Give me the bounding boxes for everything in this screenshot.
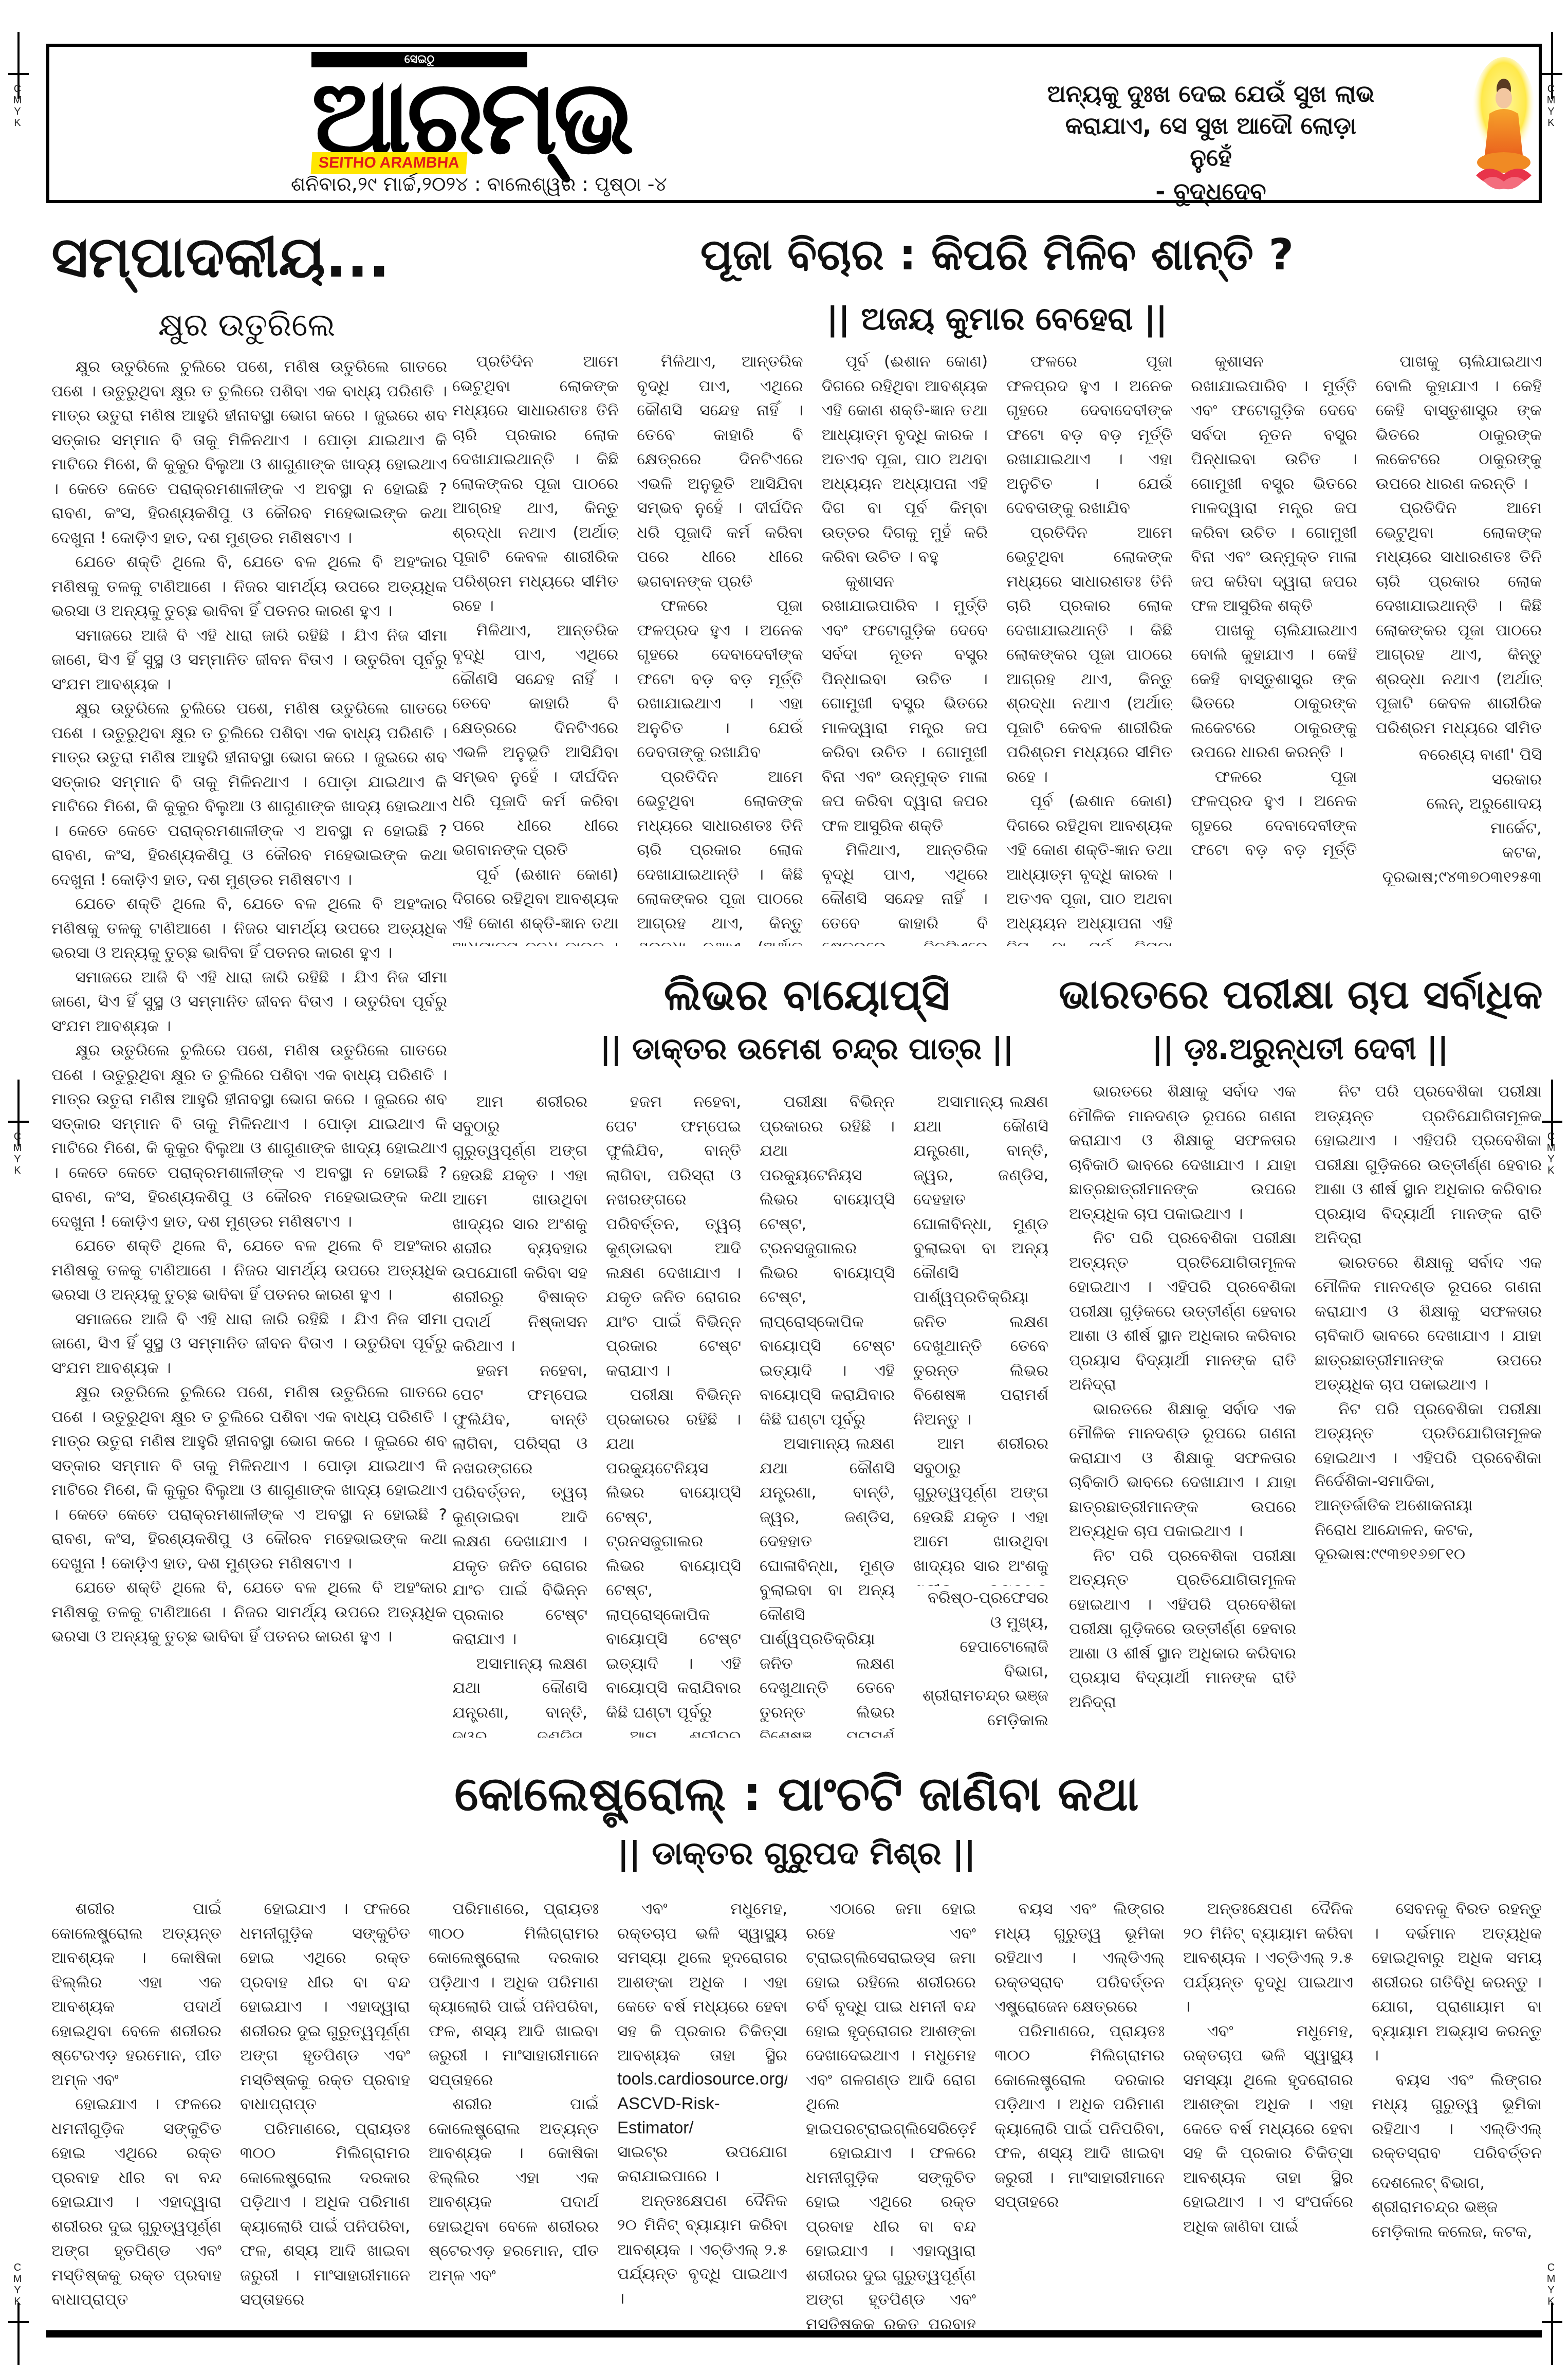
article-paragraph: ଫଳରେ ପୂଜା ଫଳପ୍ରଦ ହୁଏ । ଅନେକ ଗୃହରେ ଦେବାଦେ…	[1006, 350, 1172, 521]
article-paragraph: ହୋଇଯାଏ । ଫଳରେ ଧମନୀଗୁଡ଼ିକ ସଙ୍କୁଚିତ ହୋଇ ଏଥ…	[240, 1897, 410, 2117]
cmyk-label: CMYK	[1546, 83, 1556, 129]
article-paragraph: ଭାରତରେ ଶିକ୍ଷାକୁ ସର୍ବାଦ ଏକ ମୌଳିକ ମାନଦଣ୍ଡ …	[1315, 1251, 1542, 1397]
editorial-column: କ୍ଷୁର ଉତୁରିଲେ ଚୁଲିରେ ପଶେ, ମଣିଷ ଉତୁରିଲେ ଗ…	[51, 355, 447, 1743]
article-paragraph: ଅସାମାନ୍ୟ ଲକ୍ଷଣ ଯଥା କୌଣସି ଯନ୍ତ୍ରଣା, ବାନ୍ତ…	[913, 1090, 1048, 1432]
signature-title: ନିର୍ଦେଶିକା-ସମାଦିକା,	[1315, 1469, 1542, 1494]
article-paragraph: ବୟସ ଏବଂ ଲିଙ୍ଗର ମଧ୍ୟ ଗୁରୁତ୍ୱ ଭୂମିକା ରହିଥା…	[1372, 2068, 1542, 2171]
signature-city: ନିରୋଧ ଆନ୍ଦୋଳନ, କଟକ,	[1315, 1518, 1542, 1543]
editorial-paragraph: ସମାଜରେ ଆଜି ବି ଏହି ଧାରା ଜାରି ରହିଛି । ଯିଏ …	[51, 1307, 447, 1381]
article-paragraph: ପ୍ରତିଦିନ ଆମେ ଭେଟୁଥିବା ଲୋକଙ୍କ ମଧ୍ୟରେ ସାଧା…	[1376, 496, 1542, 743]
article-paragraph: ପାଖକୁ ଚାଲିଯାଇଥାଏ ବୋଲି କୁହାଯାଏ । କେହି କେହ…	[1376, 350, 1542, 496]
quote-line-1: ଅନ୍ୟକୁ ଦୁଃଖ ଦେଇ ଯେଉଁ ସୁଖ ଲାଭ	[1041, 78, 1380, 109]
editorial-paragraph: ଯେତେ ଶକ୍ତି ଥିଲେ ବି, ଯେତେ ବଳ ଥିଲେ ବି ଅହଂକ…	[51, 1234, 447, 1307]
article-paragraph: କୁଶାସନ ରଖାଯାଇପାରିବ । ମୁର୍ତ୍ତି ଏବଂ ଫଟୋଗୁଡ…	[822, 570, 988, 838]
exam-article-byline: || ଡ଼ଃ.ଅରୁନ୍ଧତୀ ଦେବୀ ||	[1059, 1028, 1542, 1069]
editorial-paragraph: ଯେତେ ଶକ୍ତି ଥିଲେ ବି, ଯେତେ ବଳ ଥିଲେ ବି ଅହଂକ…	[51, 550, 447, 624]
article-paragraph: ସେବନକୁ ବିରତ ରହନ୍ତୁ । ଦର୍ଭମାନ ଅତ୍ୟଧିକ ହୋଇ…	[1372, 1897, 1542, 2068]
puja-column-5: କୁଶାସନ ରଖାଯାଇପାରିବ । ମୁର୍ତ୍ତି ଏବଂ ଫଟୋଗୁଡ…	[1191, 350, 1357, 946]
dateline: ଶନିବାର,୨୯ ମାର୍ଚ୍ଚ,୨୦୨୪ : ବାଲେଶ୍ୱର : ପୃଷ୍…	[291, 173, 805, 195]
article-paragraph: ଅନ୍ତଃକ୍ଷେପଣ ଦୈନିକ ୨୦ ମିନିଟ୍ ବ୍ୟାୟାମ କରିବ…	[617, 2189, 787, 2311]
cholesterol-column-7: ଅନ୍ତଃକ୍ଷେପଣ ଦୈନିକ ୨୦ ମିନିଟ୍ ବ୍ୟାୟାମ କରିବ…	[1183, 1897, 1353, 2329]
article-paragraph: ବୟସ ଏବଂ ଲିଙ୍ଗର ମଧ୍ୟ ଗୁରୁତ୍ୱ ଭୂମିକା ରହିଥା…	[994, 1897, 1165, 2019]
cmyk-label: CMYK	[1546, 2262, 1556, 2307]
article-paragraph: ଆମ ଶରୀରର ସବୁଠାରୁ ଗୁରୁତ୍ୱପୂର୍ଣ୍ଣ ଅଙ୍ଗ ହେଉ…	[913, 1432, 1048, 1586]
editorial-paragraph: ସମାଜରେ ଆଜି ବି ଏହି ଧାରା ଜାରି ରହିଛି । ଯିଏ …	[51, 965, 447, 1039]
article-paragraph: ପ୍ରତିଦିନ ଆମେ ଭେଟୁଥିବା ଲୋକଙ୍କ ମଧ୍ୟରେ ସାଧା…	[1006, 521, 1172, 790]
article-paragraph: ପରୀକ୍ଷା ବିଭିନ୍ନ ପ୍ରକାରର ରହିଛି । ଯଥା ପରକ୍…	[760, 1090, 895, 1432]
signature-department: ଦେଶଲେଟ୍ ବିଭାଗ, ଶ୍ରୀରାମଚନ୍ଦ୍ର ଭଞ୍ଜ	[1372, 2171, 1542, 2220]
registration-mark-bottom-right: CMYK	[1542, 2257, 1562, 2360]
liver-column-1: ଆମ ଶରୀରର ସବୁଠାରୁ ଗୁରୁତ୍ୱପୂର୍ଣ୍ଣ ଅଙ୍ଗ ହେଉ…	[452, 1090, 587, 1738]
article-paragraph: ମିଳିଥାଏ, ଆନ୍ତରିକ ବୃଦ୍ଧି ପାଏ, ଏଥିରେ କୌଣସି…	[822, 838, 988, 946]
signature-city: କଲେଜ, କଟକ,	[913, 1732, 1048, 1738]
editorial-paragraph: କ୍ଷୁର ଉତୁରିଲେ ଚୁଲିରେ ପଶେ, ମଣିଷ ଉତୁରିଲେ ଗ…	[51, 1038, 447, 1234]
puja-article-byline: || ଅଜୟ କୁମାର ବେହେରା ||	[452, 298, 1542, 339]
article-paragraph: ଶରୀର ପାଇଁ କୋଲେଷ୍ଟ୍ରୋଲ ଅତ୍ୟନ୍ତ ଆବଶ୍ୟକ । କ…	[51, 1897, 222, 2092]
signature-department: ହେପାଟୋଲୋଜି ବିଭାଗ,	[913, 1635, 1048, 1684]
quote-attribution: - ବୁଦ୍ଧଦେବ	[1041, 175, 1380, 207]
article-paragraph: ଆମ ଶରୀରର ସବୁଠାରୁ ଗୁରୁତ୍ୱପୂର୍ଣ୍ଣ ଅଙ୍ଗ ହେଉ…	[606, 1725, 741, 1738]
liver-signature: ବରିଷ୍ଠ-ପ୍ରଫେସର ଓ ମୁଖ୍ୟ, ହେପାଟୋଲୋଜି ବିଭାଗ…	[913, 1586, 1048, 1738]
article-paragraph: କୁଶାସନ ରଖାଯାଇପାରିବ । ମୁର୍ତ୍ତି ଏବଂ ଫଟୋଗୁଡ…	[1191, 350, 1357, 618]
liver-article-body: ଆମ ଶରୀରର ସବୁଠାରୁ ଗୁରୁତ୍ୱପୂର୍ଣ୍ଣ ଅଙ୍ଗ ହେଉ…	[452, 1090, 1048, 1738]
article-paragraph: ପରିମାଣରେ, ପ୍ରାୟତଃ ୩୦୦ ମିଲିଗ୍ରାମର କୋଲେଷ୍ଟ…	[429, 1897, 599, 2092]
registration-mark-top-right: CMYK	[1542, 32, 1562, 135]
editorial-paragraph: ଯେତେ ଶକ୍ତି ଥିଲେ ବି, ଯେତେ ବଳ ଥିଲେ ବି ଅହଂକ…	[51, 892, 447, 965]
liver-column-2: ହଜମ ନହେବା, ପେଟ ଫମ୍ପେଇ ଫୁଲିଯିବ, ବାନ୍ତି ଲା…	[606, 1090, 741, 1738]
cholesterol-column-3: ପରିମାଣରେ, ପ୍ରାୟତଃ ୩୦୦ ମିଲିଗ୍ରାମର କୋଲେଷ୍ଟ…	[429, 1897, 599, 2329]
editorial-title: କ୍ଷୁର ଉତୁରିଲେ	[51, 303, 442, 346]
liver-column-3: ପରୀକ୍ଷା ବିଭିନ୍ନ ପ୍ରକାରର ରହିଛି । ଯଥା ପରକ୍…	[760, 1090, 895, 1738]
article-paragraph: ଏବଂ ମଧୁମେହ, ରକ୍ତଚାପ ଭଳି ସ୍ୱାସ୍ଥ୍ୟ ସମସ୍ୟା…	[617, 1897, 787, 2067]
risk-estimator-url-line-1[interactable]: tools.cardiosource.org/	[617, 2067, 787, 2091]
puja-column-3: ପୂର୍ବ (ଈଶାନ କୋଣ) ଦିଗରେ ରହିଥିବା ଆବଶ୍ୟକ ଏହ…	[822, 350, 988, 946]
cholesterol-signature: ଦେଶଲେଟ୍ ବିଭାଗ, ଶ୍ରୀରାମଚନ୍ଦ୍ର ଭଞ୍ଜ ମେଡ଼ିକ…	[1372, 2171, 1542, 2244]
puja-column-1: ପ୍ରତିଦିନ ଆମେ ଭେଟୁଥିବା ଲୋକଙ୍କ ମଧ୍ୟରେ ସାଧା…	[452, 350, 618, 946]
cholesterol-article-body: ଶରୀର ପାଇଁ କୋଲେଷ୍ଟ୍ରୋଲ ଅତ୍ୟନ୍ତ ଆବଶ୍ୟକ । କ…	[51, 1897, 1542, 2329]
cholesterol-column-1: ଶରୀର ପାଇଁ କୋଲେଷ୍ଟ୍ରୋଲ ଅତ୍ୟନ୍ତ ଆବଶ୍ୟକ । କ…	[51, 1897, 222, 2329]
exam-column-2: ନିଟ ପରି ପ୍ରବେଶିକା ପରୀକ୍ଷା ଅତ୍ୟନ୍ତ ପ୍ରତିଯ…	[1315, 1080, 1542, 1738]
registration-mark-mid-left: CMYK	[8, 1080, 29, 1182]
article-paragraph: ଅସାମାନ୍ୟ ଲକ୍ଷଣ ଯଥା କୌଣସି ଯନ୍ତ୍ରଣା, ବାନ୍ତ…	[452, 1652, 587, 1738]
article-paragraph: ନିଟ ପରି ପ୍ରବେଶିକା ପରୀକ୍ଷା ଅତ୍ୟନ୍ତ ପ୍ରତିଯ…	[1069, 1544, 1296, 1715]
newspaper-english-name: SEITHO ARAMBHA	[311, 152, 468, 174]
article-paragraph: ହଜମ ନହେବା, ପେଟ ଫମ୍ପେଇ ଫୁଲିଯିବ, ବାନ୍ତି ଲା…	[452, 1359, 587, 1652]
article-paragraph: ହଜମ ନହେବା, ପେଟ ଫମ୍ପେଇ ଫୁଲିଯିବ, ବାନ୍ତି ଲା…	[606, 1090, 741, 1383]
signature-phone: ଦୂରଭାଷ:୯୯୩୭୧୬୭୮୧୦	[1315, 1542, 1542, 1567]
cmyk-label: CMYK	[12, 1131, 23, 1176]
cholesterol-article-byline: || ଡାକ୍ତର ଗୁରୁପଦ ମିଶ୍ର ||	[51, 1833, 1542, 1874]
page-bottom-rule	[46, 2330, 1542, 2338]
exam-article-body: ଭାରତରେ ଶିକ୍ଷାକୁ ସର୍ବାଦ ଏକ ମୌଳିକ ମାନଦଣ୍ଡ …	[1069, 1080, 1542, 1738]
cholesterol-column-5: ଏଠାରେ ଜମା ହୋଇ ରହେ ଏବଂ ଟ୍ରାଇଗ୍ଲିସେରାଇଡ୍ସ …	[806, 1897, 976, 2329]
registration-mark-top-left: CMYK	[8, 32, 29, 135]
puja-article-title: ପୂଜା ବିଚାର : କିପରି ମିଳିବ ଶାନ୍ତି ?	[452, 226, 1542, 283]
buddha-quote: ଅନ୍ୟକୁ ଦୁଃଖ ଦେଇ ଯେଉଁ ସୁଖ ଲାଭ କରାଯାଏ, ସେ …	[1041, 78, 1380, 207]
cholesterol-column-8: ସେବନକୁ ବିରତ ରହନ୍ତୁ । ଦର୍ଭମାନ ଅତ୍ୟଧିକ ହୋଇ…	[1372, 1897, 1542, 2329]
exam-signature: ନିର୍ଦେଶିକା-ସମାଦିକା, ଆନ୍ତର୍ଜାତିକ ଅଶୋକନାୟା…	[1315, 1469, 1542, 1567]
signature-institution: ଶ୍ରୀରାମଚନ୍ଦ୍ର ଭଞ୍ଜ ମେଡ଼ିକାଲ	[913, 1684, 1048, 1732]
signature-address: ବରେଣ୍ୟ ବାଣୀ' ପିସି ସରକାର	[1376, 743, 1542, 792]
buddha-illustration-icon	[1468, 57, 1540, 196]
article-paragraph: ନିଟ ପରି ପ୍ରବେଶିକା ପରୀକ୍ଷା ଅତ୍ୟନ୍ତ ପ୍ରତିଯ…	[1315, 1397, 1542, 1469]
article-paragraph: ପୂର୍ବ (ଈଶାନ କୋଣ) ଦିଗରେ ରହିଥିବା ଆବଶ୍ୟକ ଏହ…	[822, 350, 988, 570]
cmyk-label: CMYK	[12, 83, 23, 129]
risk-estimator-url-line-2[interactable]: ASCVD-Risk-Estimator/	[617, 2091, 787, 2140]
cmyk-label: CMYK	[12, 2262, 23, 2307]
signature-city: ମେଡ଼ିକାଲ କଲେଜ, କଟକ,	[1372, 2220, 1542, 2244]
editorial-paragraph: ଯେତେ ଶକ୍ତି ଥିଲେ ବି, ଯେତେ ବଳ ଥିଲେ ବି ଅହଂକ…	[51, 1576, 447, 1649]
cholesterol-column-4: ଏବଂ ମଧୁମେହ, ରକ୍ତଚାପ ଭଳି ସ୍ୱାସ୍ଥ୍ୟ ସମସ୍ୟା…	[617, 1897, 787, 2329]
article-paragraph: ପରୀକ୍ଷା ବିଭିନ୍ନ ପ୍ରକାରର ରହିଛି । ଯଥା ପରକ୍…	[606, 1383, 741, 1725]
editorial-paragraph: କ୍ଷୁର ଉତୁରିଲେ ଚୁଲିରେ ପଶେ, ମଣିଷ ଉତୁରିଲେ ଗ…	[51, 697, 447, 892]
liver-column-4: ଅସାମାନ୍ୟ ଲକ୍ଷଣ ଯଥା କୌଣସି ଯନ୍ତ୍ରଣା, ବାନ୍ତ…	[913, 1090, 1048, 1738]
cholesterol-column-6: ବୟସ ଏବଂ ଲିଙ୍ଗର ମଧ୍ୟ ଗୁରୁତ୍ୱ ଭୂମିକା ରହିଥା…	[994, 1897, 1165, 2329]
article-paragraph: ଆମ ଶରୀରର ସବୁଠାରୁ ଗୁରୁତ୍ୱପୂର୍ଣ୍ଣ ଅଙ୍ଗ ହେଉ…	[452, 1090, 587, 1359]
signature-address: ଲେନ୍, ଅରୁଣୋଦୟ ମାର୍କେଟ,	[1376, 792, 1542, 841]
editorial-paragraph: କ୍ଷୁର ଉତୁରିଲେ ଚୁଲିରେ ପଶେ, ମଣିଷ ଉତୁରିଲେ ଗ…	[51, 1380, 447, 1576]
editorial-body: କ୍ଷୁର ଉତୁରିଲେ ଚୁଲିରେ ପଶେ, ମଣିଷ ଉତୁରିଲେ ଗ…	[51, 355, 447, 1743]
article-paragraph: ଫଳରେ ପୂଜା ଫଳପ୍ରଦ ହୁଏ । ଅନେକ ଗୃହରେ ଦେବାଦେ…	[1191, 765, 1357, 863]
article-paragraph: ଫଳରେ ପୂଜା ଫଳପ୍ରଦ ହୁଏ । ଅନେକ ଗୃହରେ ଦେବାଦେ…	[637, 594, 803, 765]
cholesterol-column-2: ହୋଇଯାଏ । ଫଳରେ ଧମନୀଗୁଡ଼ିକ ସଙ୍କୁଚିତ ହୋଇ ଏଥ…	[240, 1897, 410, 2329]
editorial-paragraph: କ୍ଷୁର ଉତୁରିଲେ ଚୁଲିରେ ପଶେ, ମଣିଷ ଉତୁରିଲେ ଗ…	[51, 355, 447, 550]
article-paragraph: ଭାରତରେ ଶିକ୍ଷାକୁ ସର୍ବାଦ ଏକ ମୌଳିକ ମାନଦଣ୍ଡ …	[1069, 1080, 1296, 1226]
article-paragraph: ପ୍ରତିଦିନ ଆମେ ଭେଟୁଥିବା ଲୋକଙ୍କ ମଧ୍ୟରେ ସାଧା…	[452, 350, 618, 618]
article-paragraph: ନିଟ ପରି ପ୍ରବେଶିକା ପରୀକ୍ଷା ଅତ୍ୟନ୍ତ ପ୍ରତିଯ…	[1315, 1080, 1542, 1251]
article-paragraph: ଭାରତରେ ଶିକ୍ଷାକୁ ସର୍ବାଦ ଏକ ମୌଳିକ ମାନଦଣ୍ଡ …	[1069, 1397, 1296, 1544]
article-paragraph: ପାଖକୁ ଚାଲିଯାଇଥାଏ ବୋଲି କୁହାଯାଏ । କେହି କେହ…	[1191, 618, 1357, 765]
puja-column-6: ପାଖକୁ ଚାଲିଯାଇଥାଏ ବୋଲି କୁହାଯାଏ । କେହି କେହ…	[1376, 350, 1542, 946]
puja-signature: ବରେଣ୍ୟ ବାଣୀ' ପିସି ସରକାର ଲେନ୍, ଅରୁଣୋଦୟ ମା…	[1376, 743, 1542, 889]
exam-article-title: ଭାରତରେ ପରୀକ୍ଷା ଚାପ ସର୍ବାଧିକ	[1059, 966, 1542, 1023]
article-paragraph: ମିଳିଥାଏ, ଆନ୍ତରିକ ବୃଦ୍ଧି ପାଏ, ଏଥିରେ କୌଣସି…	[637, 350, 803, 594]
article-paragraph: ଶରୀର ପାଇଁ କୋଲେଷ୍ଟ୍ରୋଲ ଅତ୍ୟନ୍ତ ଆବଶ୍ୟକ । କ…	[429, 2092, 599, 2288]
article-paragraph: ହୋଇଯାଏ । ଫଳରେ ଧମନୀଗୁଡ଼ିକ ସଙ୍କୁଚିତ ହୋଇ ଏଥ…	[806, 2141, 976, 2329]
article-paragraph: ହୋଇଯାଏ । ଫଳରେ ଧମନୀଗୁଡ଼ିକ ସଙ୍କୁଚିତ ହୋଇ ଏଥ…	[51, 2092, 222, 2312]
article-paragraph: ଅନ୍ତଃକ୍ଷେପଣ ଦୈନିକ ୨୦ ମିନିଟ୍ ବ୍ୟାୟାମ କରିବ…	[1183, 1897, 1353, 2019]
article-paragraph: ପ୍ରତିଦିନ ଆମେ ଭେଟୁଥିବା ଲୋକଙ୍କ ମଧ୍ୟରେ ସାଧା…	[637, 765, 803, 946]
liver-article-title: ଲିଭର ବାୟୋପ୍ସି	[565, 966, 1048, 1023]
puja-column-2: ମିଳିଥାଏ, ଆନ୍ତରିକ ବୃଦ୍ଧି ପାଏ, ଏଥିରେ କୌଣସି…	[637, 350, 803, 946]
article-paragraph: ଏଠାରେ ଜମା ହୋଇ ରହେ ଏବଂ ଟ୍ରାଇଗ୍ଲିସେରାଇଡ୍ସ …	[806, 1897, 976, 2141]
registration-mark-mid-right: CMYK	[1542, 1080, 1562, 1182]
article-paragraph: ପରିମାଣରେ, ପ୍ରାୟତଃ ୩୦୦ ମିଲିଗ୍ରାମର କୋଲେଷ୍ଟ…	[240, 2117, 410, 2312]
quote-line-2: କରାଯାଏ, ସେ ସୁଖ ଆଦୌ ଲୋଡ଼ା ନୁହେଁ	[1041, 109, 1380, 173]
article-paragraph: ମିଳିଥାଏ, ଆନ୍ତରିକ ବୃଦ୍ଧି ପାଏ, ଏଥିରେ କୌଣସି…	[452, 618, 618, 863]
puja-article-body: ପ୍ରତିଦିନ ଆମେ ଭେଟୁଥିବା ଲୋକଙ୍କ ମଧ୍ୟରେ ସାଧା…	[452, 350, 1542, 946]
signature-organization: ଆନ୍ତର୍ଜାତିକ ଅଶୋକନାୟା	[1315, 1493, 1542, 1518]
cmyk-label: CMYK	[1546, 1131, 1556, 1176]
signature-title: ବରିଷ୍ଠ-ପ୍ରଫେସର ଓ ମୁଖ୍ୟ,	[913, 1586, 1048, 1635]
masthead-box: ସେଇଠୁ ଆରମ୍ଭ SEITHO ARAMBHA ଶନିବାର,୨୯ ମାର…	[46, 44, 1542, 203]
article-paragraph: ସାଇଟ୍‌ର ଉପଯୋଗ କରାଯାଇପାରେ ।	[617, 2140, 787, 2189]
article-paragraph: ଏବଂ ମଧୁମେହ, ରକ୍ତଚାପ ଭଳି ସ୍ୱାସ୍ଥ୍ୟ ସମସ୍ୟା…	[1183, 2019, 1353, 2239]
editorial-paragraph: ସମାଜରେ ଆଜି ବି ଏହି ଧାରା ଜାରି ରହିଛି । ଯିଏ …	[51, 624, 447, 697]
signature-phone: ଦୂରଭାଷ;୯୪୩୭୦୩୧୨୫୩	[1376, 865, 1542, 890]
editorial-section-title: ସମ୍ପାଦକୀୟ...	[51, 221, 401, 293]
article-paragraph: ପୂର୍ବ (ଈଶାନ କୋଣ) ଦିଗରେ ରହିଥିବା ଆବଶ୍ୟକ ଏହ…	[452, 863, 618, 946]
article-paragraph: ଅସାମାନ୍ୟ ଲକ୍ଷଣ ଯଥା କୌଣସି ଯନ୍ତ୍ରଣା, ବାନ୍ତ…	[760, 1432, 895, 1738]
puja-column-4: ଫଳରେ ପୂଜା ଫଳପ୍ରଦ ହୁଏ । ଅନେକ ଗୃହରେ ଦେବାଦେ…	[1006, 350, 1172, 946]
cholesterol-article-title: କୋଲେଷ୍ଟ୍ରୋଲ୍ : ପାଂଚଟି ଜାଣିବା କଥା	[51, 1763, 1542, 1825]
article-paragraph: ପରିମାଣରେ, ପ୍ରାୟତଃ ୩୦୦ ମିଲିଗ୍ରାମର କୋଲେଷ୍ଟ…	[994, 2019, 1165, 2215]
signature-city: କଟକ,	[1376, 841, 1542, 865]
article-paragraph: ନିଟ ପରି ପ୍ରବେଶିକା ପରୀକ୍ଷା ଅତ୍ୟନ୍ତ ପ୍ରତିଯ…	[1069, 1226, 1296, 1397]
liver-article-byline: || ଡାକ୍ତର ଉମେଶ ଚନ୍ଦ୍ର ପାତ୍ର ||	[565, 1028, 1048, 1069]
registration-mark-bottom-left: CMYK	[8, 2257, 29, 2360]
article-paragraph: ପୂର୍ବ (ଈଶାନ କୋଣ) ଦିଗରେ ରହିଥିବା ଆବଶ୍ୟକ ଏହ…	[1006, 789, 1172, 946]
exam-column-1: ଭାରତରେ ଶିକ୍ଷାକୁ ସର୍ବାଦ ଏକ ମୌଳିକ ମାନଦଣ୍ଡ …	[1069, 1080, 1296, 1738]
